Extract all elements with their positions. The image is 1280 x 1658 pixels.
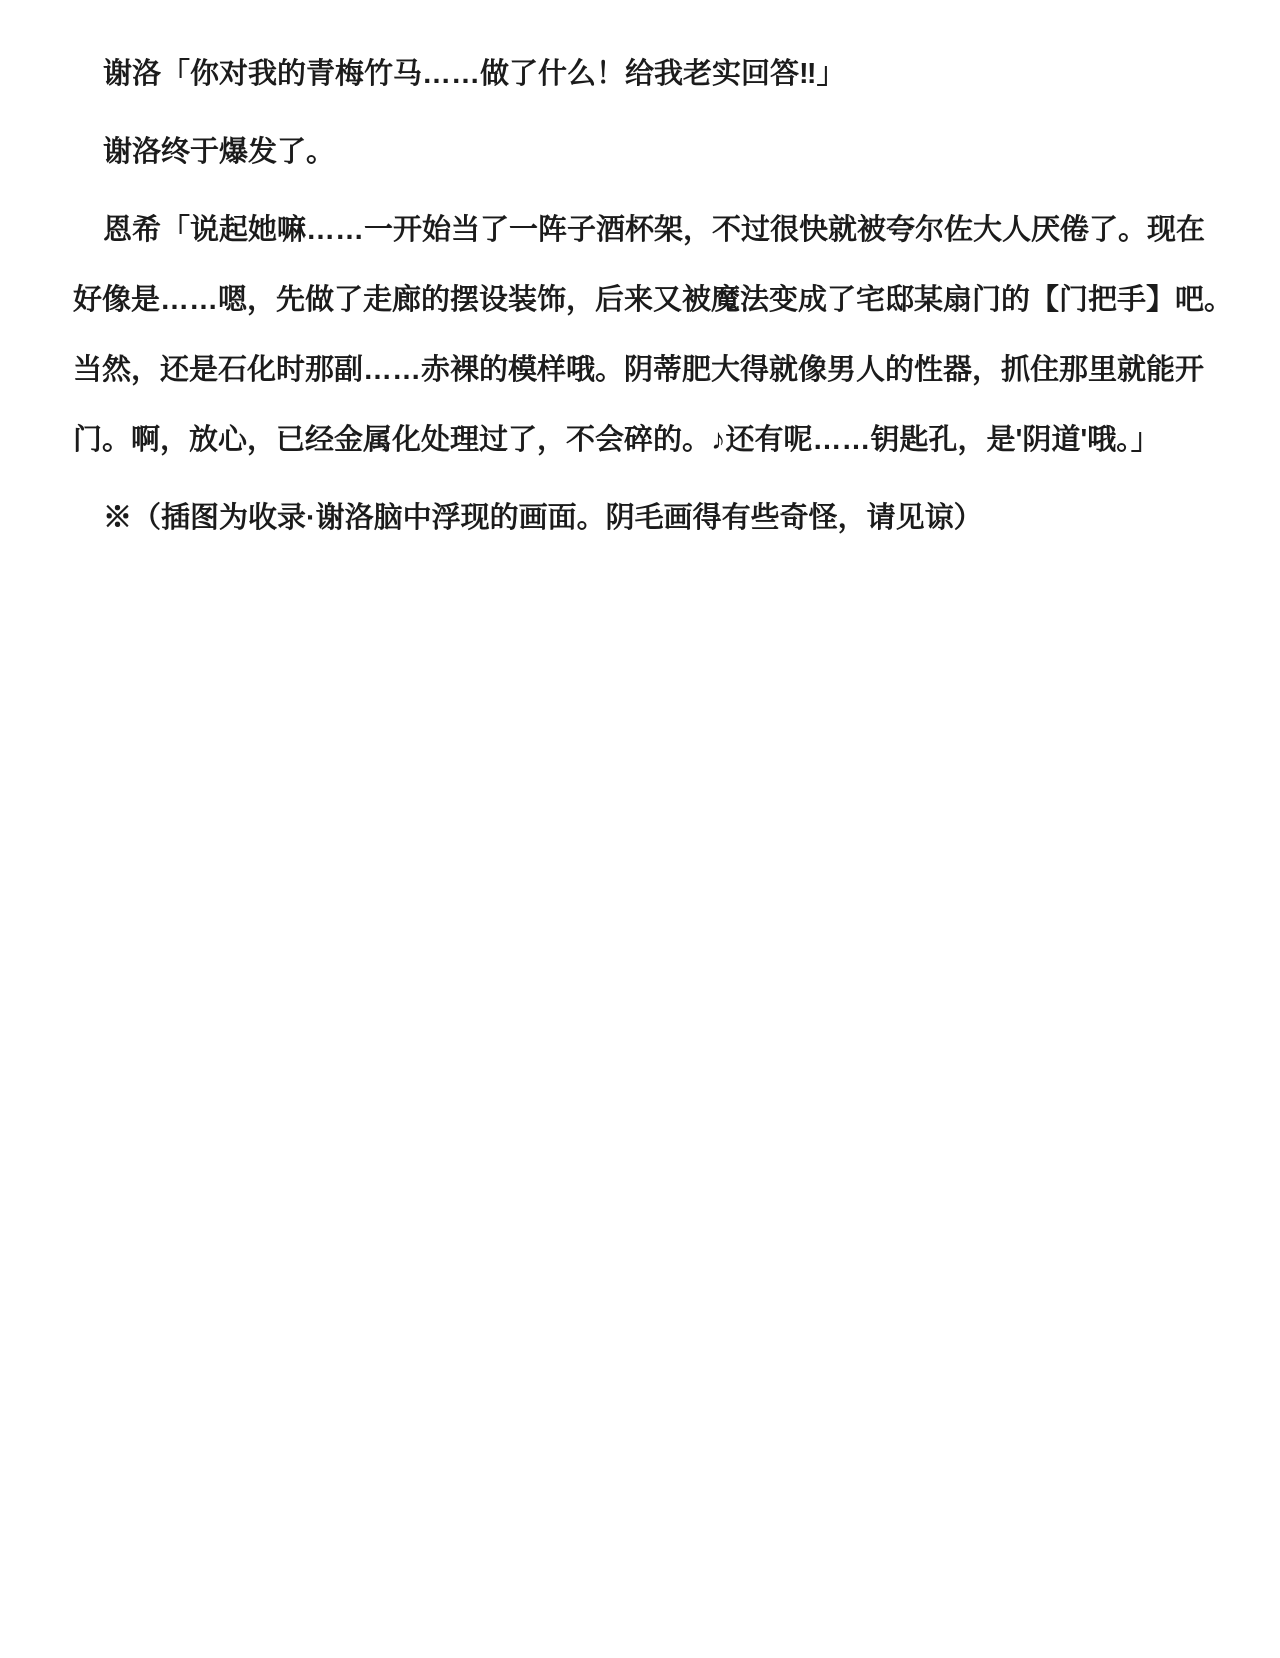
text-line: 谢洛「你对我的青梅竹马……做了什么！给我老实回答‼」: [73, 39, 1235, 109]
footnote-line: ※（插图为收录·谢洛脑中浮现的画面。阴毛画得有些奇怪，请见谅）: [73, 483, 1235, 553]
text-line: 好像是……嗯，先做了走廊的摆设装饰，后来又被魔法变成了宅邸某扇门的【门把手】吧。: [73, 265, 1235, 335]
paragraph-dialogue-1: 谢洛「你对我的青梅竹马……做了什么！给我老实回答‼」: [73, 39, 1235, 109]
text-line: 门。啊，放心，已经金属化处理过了，不会碎的。♪还有呢……钥匙孔，是'阴道'哦。」: [73, 405, 1235, 475]
text-line: 谢洛终于爆发了。: [73, 117, 1235, 187]
text-line: 当然，还是石化时那副……赤裸的模样哦。阴蒂肥大得就像男人的性器，抓住那里就能开: [73, 335, 1235, 405]
document-page: 谢洛「你对我的青梅竹马……做了什么！给我老实回答‼」 谢洛终于爆发了。 恩希「说…: [0, 0, 1280, 1658]
paragraph-narration: 谢洛终于爆发了。: [73, 117, 1235, 187]
paragraph-dialogue-2: 恩希「说起她嘛……一开始当了一阵子酒杯架，不过很快就被夸尔佐大人厌倦了。现在 好…: [73, 195, 1235, 475]
text-line: 恩希「说起她嘛……一开始当了一阵子酒杯架，不过很快就被夸尔佐大人厌倦了。现在: [73, 195, 1235, 265]
paragraph-footnote: ※（插图为收录·谢洛脑中浮现的画面。阴毛画得有些奇怪，请见谅）: [73, 483, 1235, 553]
